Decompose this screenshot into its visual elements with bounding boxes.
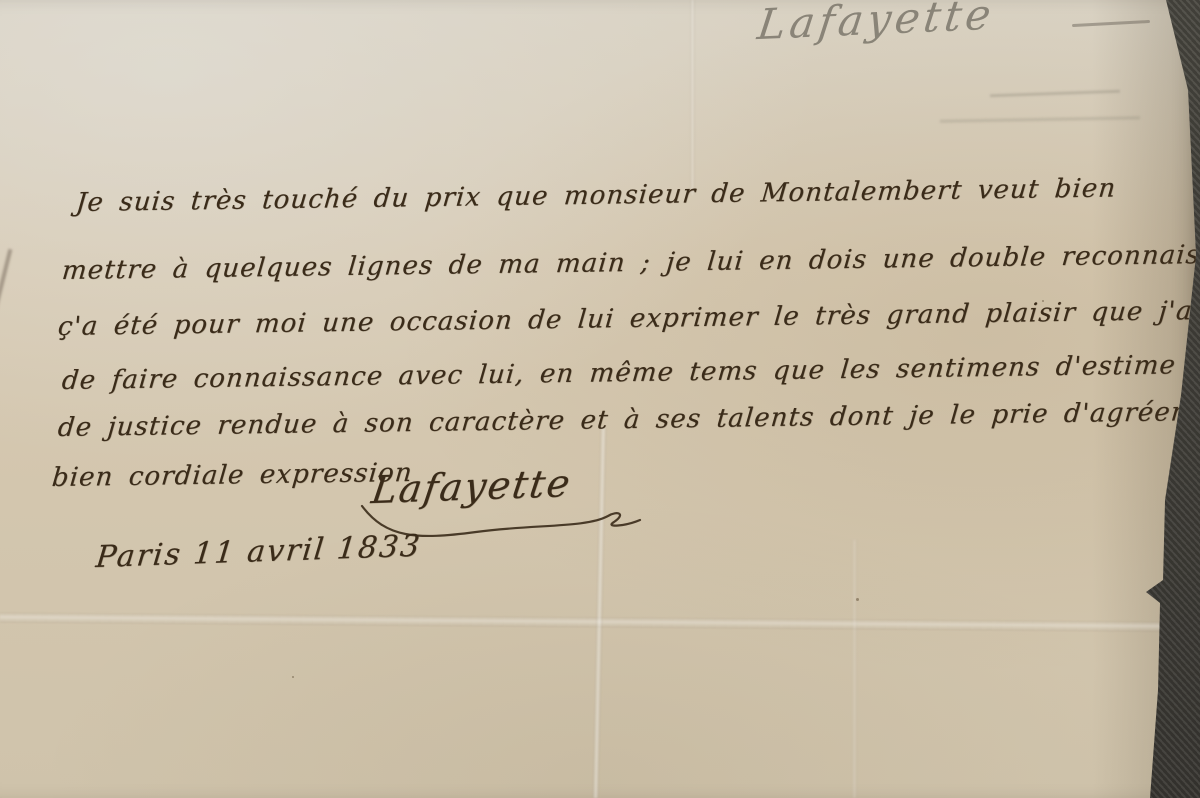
pencil-smudge — [940, 116, 1140, 122]
letter-line-6: bien cordiale expression — [51, 458, 414, 493]
letter-line-2: mettre à quelques lignes de ma main ; je… — [61, 239, 1200, 286]
fold-crease-vertical-mid — [852, 540, 857, 798]
letter-line-5: de justice rendue à son caractère et à s… — [57, 397, 1200, 443]
paper-speck — [1042, 300, 1044, 302]
paper-speck — [856, 598, 859, 601]
letter-paper: Lafayette Je suis très touché du prix qu… — [0, 0, 1200, 798]
fold-crease-vertical-top — [690, 0, 695, 195]
edge-crease-shadow — [0, 249, 12, 333]
letter-line-4: de faire connaissance avec lui, en même … — [61, 350, 1200, 396]
fold-crease-horizontal — [0, 612, 1200, 632]
fold-crease-vertical — [592, 428, 607, 798]
date-line: Paris 11 avril 1833 — [94, 529, 423, 576]
photo-frame: Lafayette Je suis très touché du prix qu… — [0, 0, 1200, 798]
paper-speck — [292, 676, 294, 678]
pencil-annotation: Lafayette — [755, 0, 998, 49]
pencil-smudge — [990, 90, 1120, 98]
letter-line-1: Je suis très touché du prix que monsieur… — [75, 173, 1118, 218]
pencil-flourish-dash — [1072, 20, 1150, 27]
letter-line-3: ç'a été pour moi une occasion de lui exp… — [57, 295, 1200, 342]
